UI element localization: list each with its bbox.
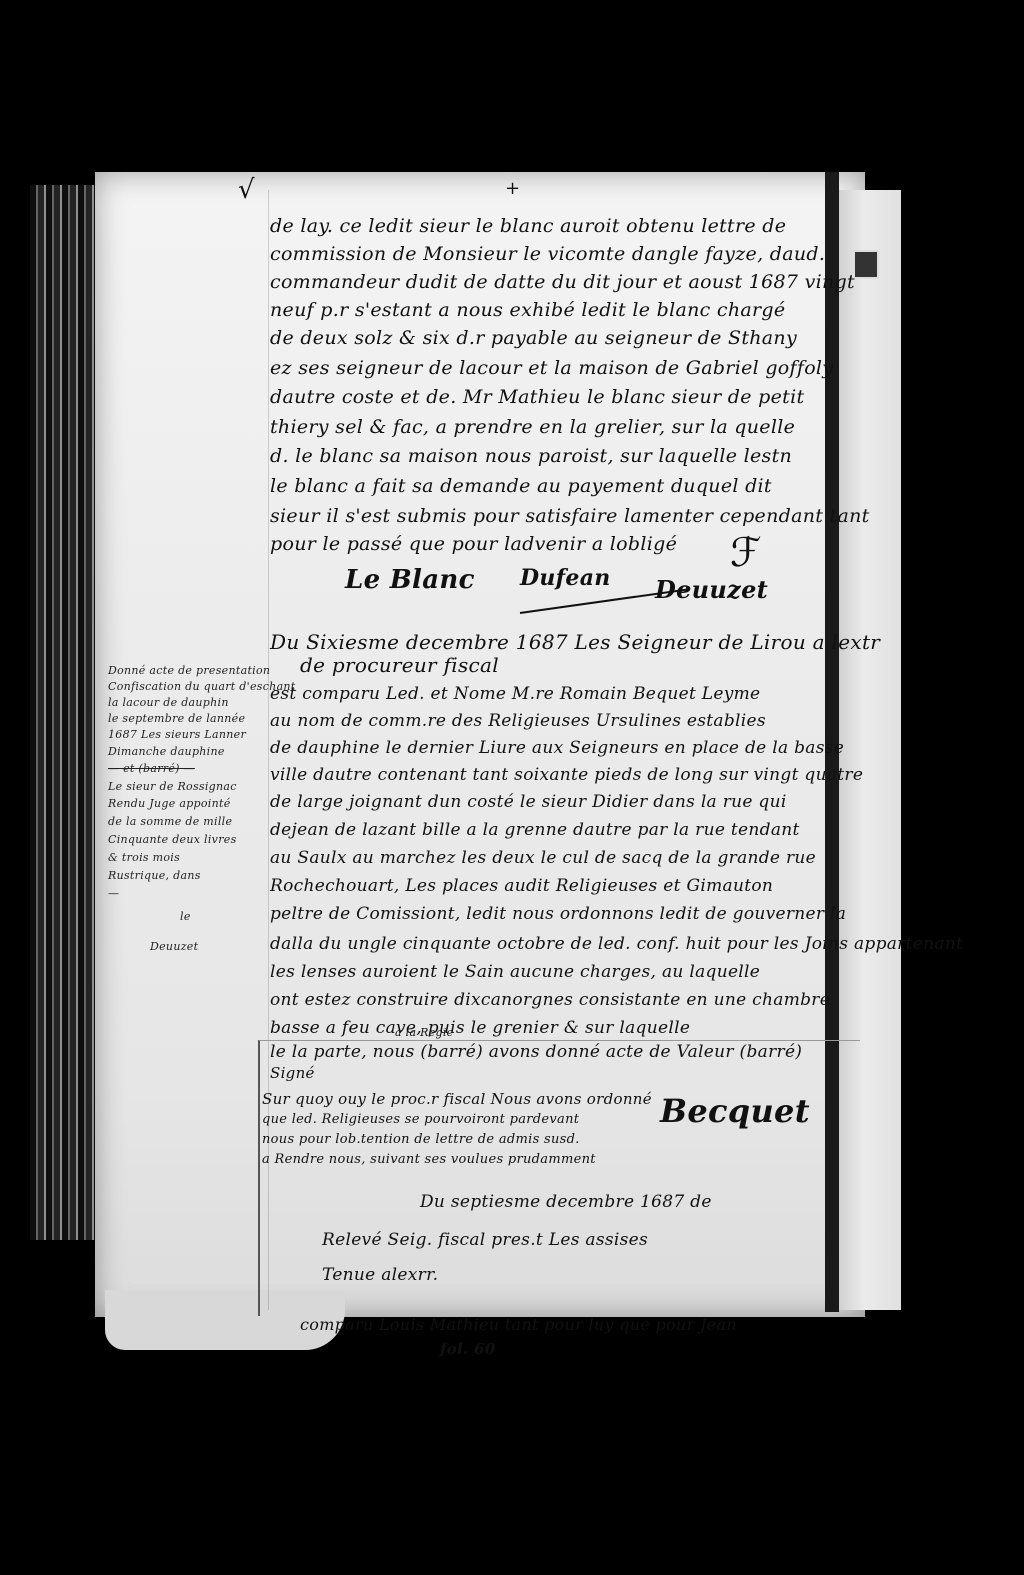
margin-line: — xyxy=(108,887,119,900)
text-line: Du septiesme decembre 1687 de xyxy=(420,1192,712,1212)
text-line: neuf p.r s'estant a nous exhibé ledit le… xyxy=(270,299,785,321)
text-line: de deux solz & six d.r payable au seigne… xyxy=(270,327,797,349)
text-line: basse a feu cave, puis le grenier & sur … xyxy=(270,1018,690,1038)
margin-line: Dimanche dauphine xyxy=(108,745,225,758)
text-line: Relevé Seig. fiscal pres.t Les assises xyxy=(322,1230,648,1250)
margin-line: le xyxy=(180,910,191,923)
text-line: Rochechouart, Les places audit Religieus… xyxy=(270,876,773,896)
folio-number: fol. 60 xyxy=(440,1340,496,1358)
margin-line: Le sieur de Rossignac xyxy=(108,780,237,793)
text-line: Signé xyxy=(270,1064,315,1082)
margin-line: la lacour de dauphin xyxy=(108,696,229,709)
text-line: que led. Religieuses se pourvoiront pard… xyxy=(262,1112,579,1127)
text-line: Tenue alexrr. xyxy=(322,1265,438,1285)
signature: Becquet xyxy=(660,1092,810,1130)
text-line: le la parte, nous (barré) avons donné ac… xyxy=(270,1042,802,1062)
text-line: de dauphine le dernier Liure aux Seigneu… xyxy=(270,738,844,758)
margin-line: & trois mois xyxy=(108,851,180,864)
text-line: le blanc a fait sa demande au payement d… xyxy=(270,475,772,497)
entry-2-heading: de procureur fiscal xyxy=(300,653,499,677)
text-line: commission de Monsieur le vicomte dangle… xyxy=(270,243,825,265)
text-line: dautre coste et de. Mr Mathieu le blanc … xyxy=(270,386,804,408)
margin-line: de la somme de mille xyxy=(108,815,232,828)
text-line: pour le passé que pour ladvenir a loblig… xyxy=(270,533,677,555)
text-line: au Saulx au marchez les deux le cul de s… xyxy=(270,848,816,868)
text-line: de large joignant dun costé le sieur Did… xyxy=(270,792,787,812)
margin-line: Rustrique, dans xyxy=(108,869,201,882)
margin-line: Deuuzet xyxy=(150,940,198,953)
text-line: ont estez construire dixcanorgnes consis… xyxy=(270,990,830,1010)
signature: Dufean xyxy=(520,565,611,591)
entry-2-heading: Du Sixiesme decembre 1687 Les Seigneur d… xyxy=(270,630,880,654)
text-line: au nom de comm.re des Religieuses Ursuli… xyxy=(270,711,766,731)
text-line: peltre de Comissiont, ledit nous ordonno… xyxy=(270,904,846,924)
text-line: commandeur dudit de datte du dit jour et… xyxy=(270,271,855,293)
margin-line: Donné acte de presentation xyxy=(108,664,270,677)
metal-clip-icon xyxy=(853,250,879,279)
text-line: sieur il s'est submis pour satisfaire la… xyxy=(270,505,870,527)
margin-line: Confiscation du quart d'eschant xyxy=(108,680,296,693)
text-line: d. le blanc sa maison nous paroist, sur … xyxy=(270,445,792,467)
text-line: ville dautre contenant tant soixante pie… xyxy=(270,765,863,785)
text-line: nous pour lob.tention de lettre de admis… xyxy=(262,1132,580,1147)
checkmark-mark: √ xyxy=(238,175,255,205)
plus-mark: + xyxy=(505,178,520,199)
signature: Le Blanc xyxy=(345,565,475,595)
text-line: dalla du ungle cinquante octobre de led.… xyxy=(270,934,963,954)
page-edge-stack xyxy=(30,185,100,1240)
interlinear-annotation: a la Regie xyxy=(395,1026,454,1039)
paraph-flourish-icon: ℱ xyxy=(730,530,761,576)
margin-line: Cinquante deux livres xyxy=(108,833,237,846)
margin-line: Rendu Juge appointé xyxy=(108,797,231,810)
margin-line: le septembre de lannée xyxy=(108,712,245,725)
text-line: thiery sel & fac, a prendre en la grelie… xyxy=(270,416,795,438)
text-line: comparu Louis Mathieu tant pour luy que … xyxy=(300,1315,737,1334)
margin-line: — et (barré) — xyxy=(108,762,195,775)
text-line: ez ses seigneur de lacour et la maison d… xyxy=(270,357,833,379)
text-line: Sur quoy ouy le proc.r fiscal Nous avons… xyxy=(262,1090,652,1108)
margin-line: 1687 Les sieurs Lanner xyxy=(108,728,246,741)
text-line: les lenses auroient le Sain aucune charg… xyxy=(270,962,760,982)
text-line: de lay. ce ledit sieur le blanc auroit o… xyxy=(270,215,786,237)
text-line: dejean de lazant bille a la grenne dautr… xyxy=(270,820,800,840)
text-line: a Rendre nous, suivant ses voulues pruda… xyxy=(262,1152,596,1167)
text-line: est comparu Led. et Nome M.re Romain Beq… xyxy=(270,684,760,704)
